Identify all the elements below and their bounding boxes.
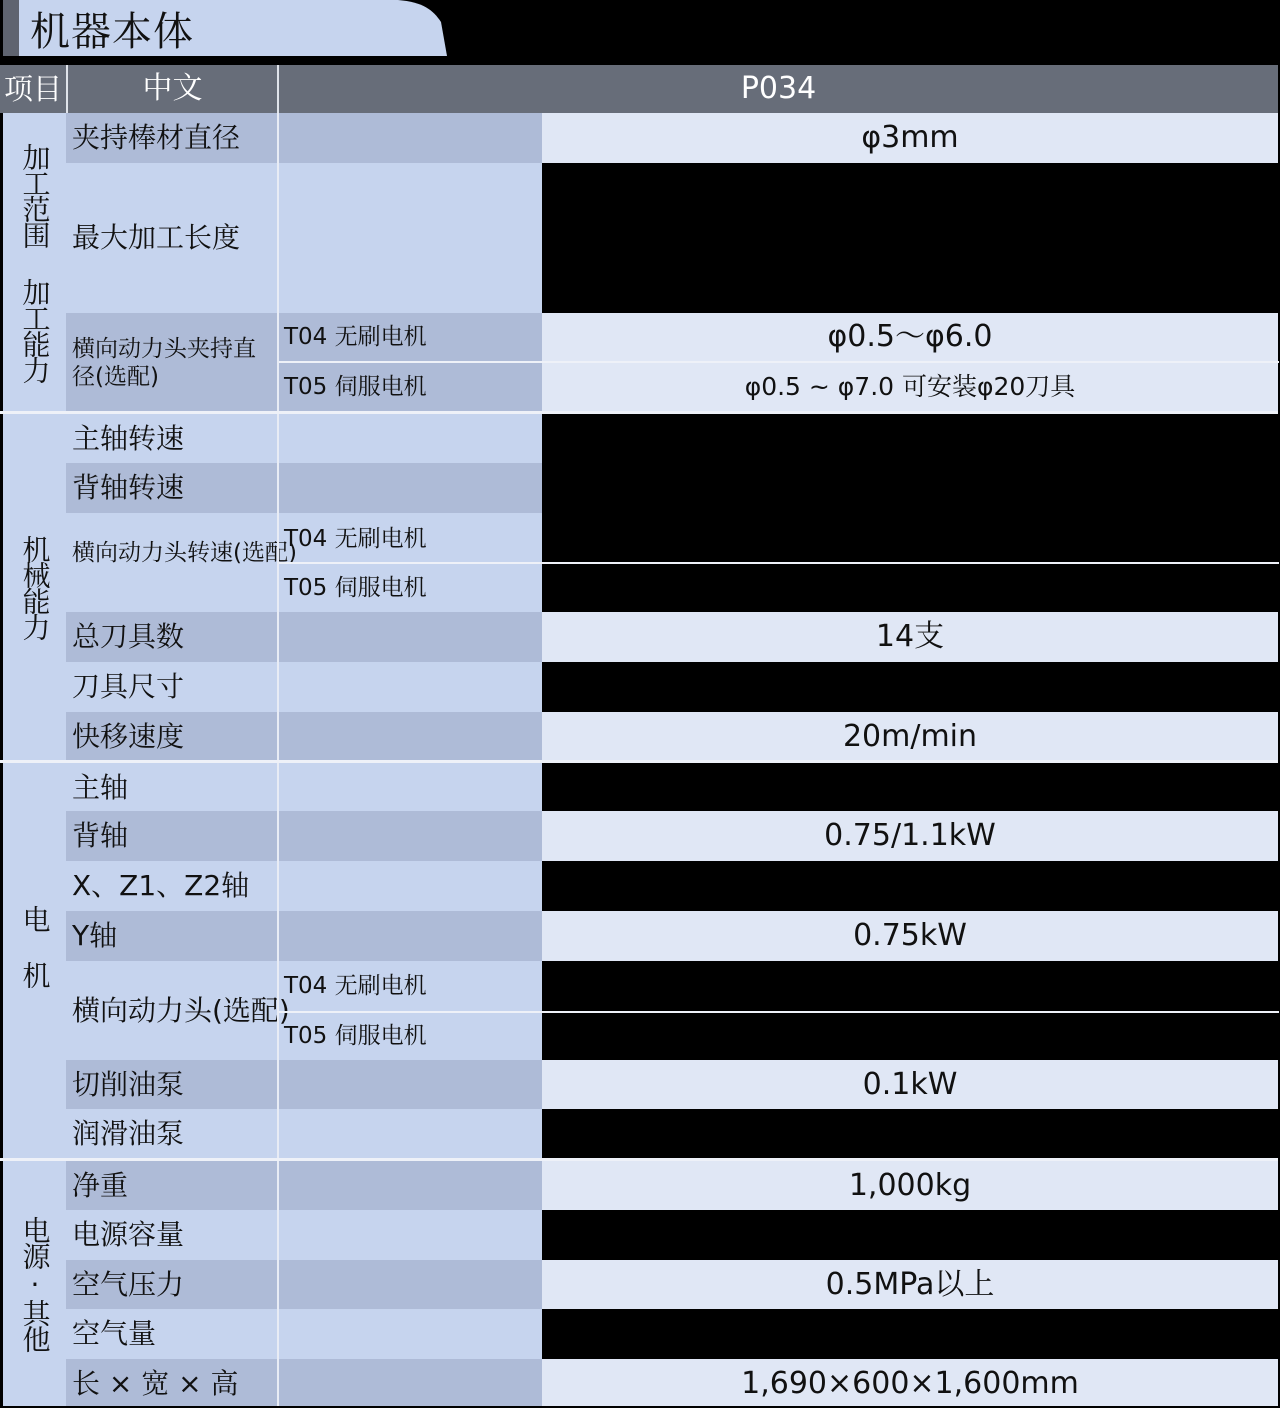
table-row: 横向动力头(选配) T04 无刷电机 T05 伺服电机 <box>66 961 542 1060</box>
section-power-other: 电源·其他 净重 1,000kg 电源容量 空气压力 0.5MPa以上 空气量 … <box>0 1161 1278 1406</box>
sub-item-label: T04 无刷电机 <box>279 313 542 362</box>
column-divider <box>277 1161 279 1210</box>
value-cell-redacted <box>542 1109 1278 1158</box>
table-row: 背轴 0.75/1.1kW <box>66 811 542 861</box>
item-label: 空气压力 <box>66 1260 277 1309</box>
sub-item-label: T04 无刷电机 <box>279 961 542 1011</box>
table-header: 项目 中文 P034 <box>0 65 1278 113</box>
value-cell: 0.75/1.1kW <box>542 811 1278 861</box>
value-cell: 1,000kg <box>542 1161 1278 1210</box>
category-label: 电源·其他 <box>3 1161 66 1406</box>
item-label: 快移速度 <box>66 712 277 760</box>
value-cell-redacted <box>542 163 1278 313</box>
table-row: 长 × 宽 × 高 1,690×600×1,600mm <box>66 1359 542 1406</box>
header-model: P034 <box>279 65 1278 113</box>
item-label: 横向动力头(选配) <box>66 961 277 1060</box>
value-cell: φ0.5～φ6.0 <box>542 313 1278 361</box>
value-cell-redacted <box>542 564 1278 612</box>
column-divider <box>277 1210 279 1260</box>
category-label: 机械能力 <box>3 414 66 760</box>
item-label: 背轴 <box>66 811 277 861</box>
sub-item-label: T05 伺服电机 <box>279 363 542 411</box>
table-row: 润滑油泵 <box>66 1109 542 1158</box>
table-row: 切削油泵 0.1kW <box>66 1060 542 1109</box>
item-label: 净重 <box>66 1161 277 1210</box>
table-row: 主轴转速 <box>66 414 542 463</box>
table-row: 空气量 <box>66 1309 542 1359</box>
column-divider <box>277 414 279 463</box>
item-label: X、Z1、Z2轴 <box>66 861 277 911</box>
item-label: 最大加工长度 <box>66 163 277 313</box>
table-row: 主轴 <box>66 763 542 811</box>
value-cell-redacted <box>542 662 1278 712</box>
column-divider <box>277 1060 279 1109</box>
table-row: 横向动力头夹持直径(选配) T04 无刷电机 T05 伺服电机 φ0.5～φ6.… <box>66 313 542 411</box>
title-accent-bar <box>3 0 19 56</box>
item-label: 横向动力头转速(选配) <box>66 513 277 612</box>
value-cell: 1,690×600×1,600mm <box>542 1359 1278 1406</box>
category-label: 加工范围 加工能力 <box>3 113 66 411</box>
item-label: 背轴转速 <box>66 463 277 513</box>
item-label: 夹持棒材直径 <box>66 113 277 163</box>
item-label: 主轴转速 <box>66 414 277 463</box>
item-label: 空气量 <box>66 1309 277 1359</box>
value-cell: 20m/min <box>542 712 1278 760</box>
table-row: 总刀具数 14支 <box>66 612 542 662</box>
table-row: 最大加工长度 <box>66 163 542 313</box>
table-row: 电源容量 <box>66 1210 542 1260</box>
header-item: 中文 <box>68 65 277 113</box>
table-row: 刀具尺寸 <box>66 662 542 712</box>
page-title: 机器本体 <box>30 4 194 60</box>
value-cell: φ0.5 ~ φ7.0 可安装φ20刀具 <box>542 363 1278 411</box>
value-cell-redacted <box>542 961 1278 1011</box>
column-divider <box>277 662 279 712</box>
table-row: 横向动力头转速(选配) T04 无刷电机 T05 伺服电机 <box>66 513 542 612</box>
column-divider <box>277 1260 279 1309</box>
column-divider <box>277 712 279 760</box>
value-cell-redacted <box>542 1013 1278 1060</box>
value-cell: 0.1kW <box>542 1060 1278 1109</box>
item-label: 电源容量 <box>66 1210 277 1260</box>
column-divider <box>277 763 279 811</box>
table-row: X、Z1、Z2轴 <box>66 861 542 911</box>
value-cell-redacted <box>542 1210 1278 1260</box>
section-machining-range: 加工范围 加工能力 夹持棒材直径 φ3mm 最大加工长度 横向动力头夹持直径(选… <box>0 113 1278 411</box>
column-divider <box>277 163 279 313</box>
value-cell-redacted <box>542 1309 1278 1359</box>
value-cell-redacted <box>542 861 1278 911</box>
column-divider <box>277 811 279 861</box>
value-cell: 14支 <box>542 612 1278 662</box>
item-label: 长 × 宽 × 高 <box>66 1359 277 1406</box>
column-divider <box>277 612 279 662</box>
column-divider <box>277 1309 279 1359</box>
value-cell-redacted <box>542 463 1278 513</box>
table-row: 快移速度 20m/min <box>66 712 542 760</box>
category-label: 电机 <box>3 763 66 1158</box>
value-cell-redacted <box>542 763 1278 811</box>
table-row: 背轴转速 <box>66 463 542 513</box>
table-row: 夹持棒材直径 φ3mm <box>66 113 542 163</box>
table-row: 空气压力 0.5MPa以上 <box>66 1260 542 1309</box>
section-motors: 电机 主轴 背轴 0.75/1.1kW X、Z1、Z2轴 Y轴 0.75kW 横… <box>0 763 1278 1158</box>
section-mechanical: 机械能力 主轴转速 背轴转速 横向动力头转速(选配) T04 无刷电机 T05 … <box>0 414 1278 760</box>
value-cell: 0.5MPa以上 <box>542 1260 1278 1309</box>
column-divider <box>277 463 279 513</box>
item-label: 主轴 <box>66 763 277 811</box>
item-label: 刀具尺寸 <box>66 662 277 712</box>
header-category: 项目 <box>0 65 66 113</box>
item-label: Y轴 <box>66 911 277 961</box>
value-cell-redacted <box>542 414 1278 463</box>
column-divider <box>277 861 279 911</box>
table-row: 净重 1,000kg <box>66 1161 542 1210</box>
value-cell: 0.75kW <box>542 911 1278 961</box>
column-divider <box>277 911 279 961</box>
item-label: 总刀具数 <box>66 612 277 662</box>
value-cell: φ3mm <box>542 113 1278 163</box>
column-divider <box>277 1359 279 1406</box>
column-divider <box>277 1109 279 1158</box>
item-label: 润滑油泵 <box>66 1109 277 1158</box>
sub-item-label: T04 无刷电机 <box>279 513 542 562</box>
value-cell-redacted <box>542 513 1278 562</box>
table-row: Y轴 0.75kW <box>66 911 542 961</box>
sub-item-label: T05 伺服电机 <box>279 564 542 612</box>
item-label: 横向动力头夹持直径(选配) <box>66 313 277 411</box>
column-divider <box>277 113 279 163</box>
sub-item-label: T05 伺服电机 <box>279 1013 542 1060</box>
item-label: 切削油泵 <box>66 1060 277 1109</box>
